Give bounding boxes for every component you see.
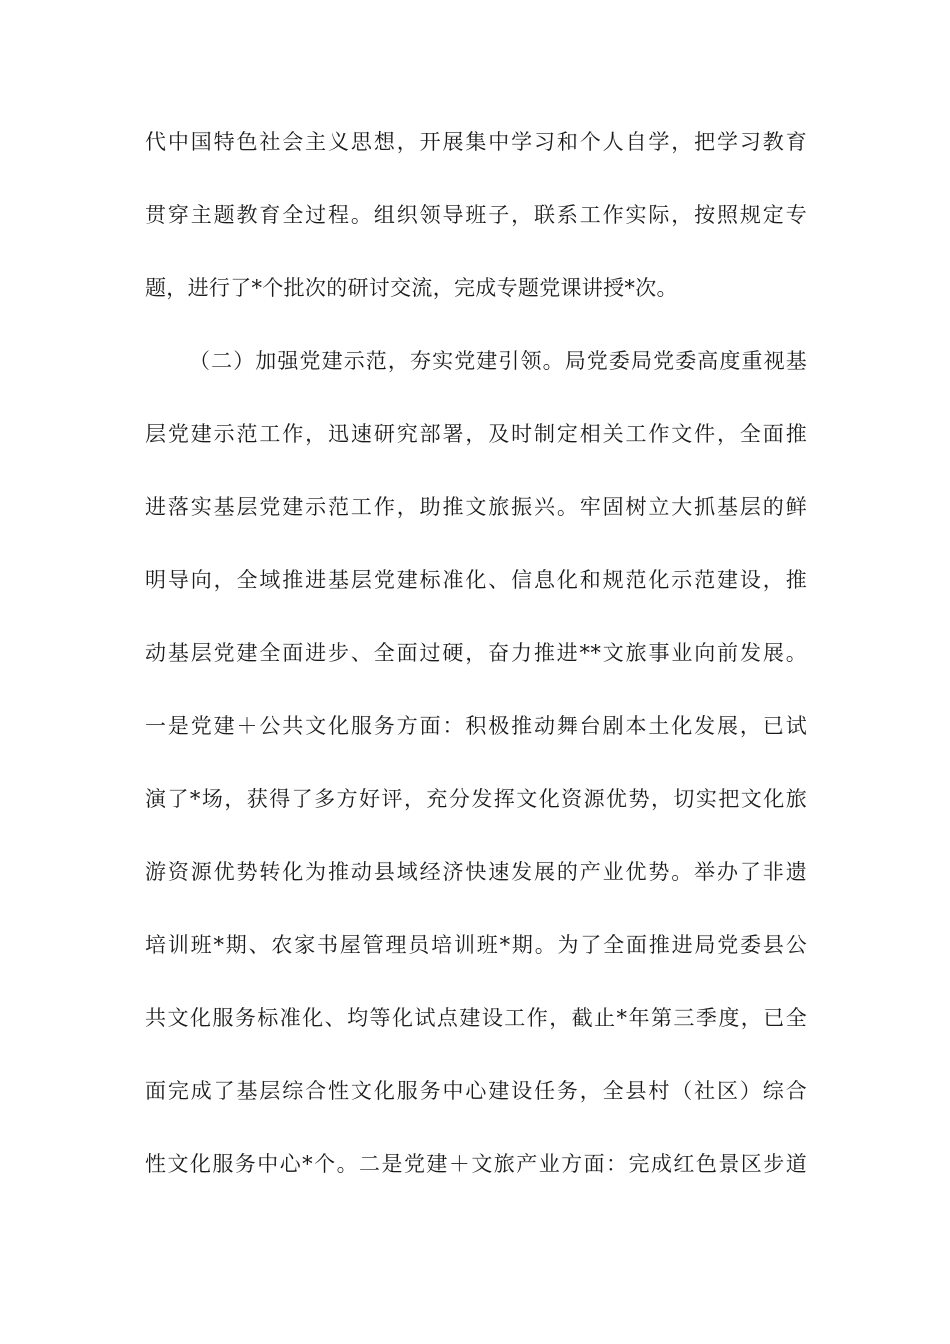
text-line: 面完成了基层综合性文化服务中心建设任务，全县村（社区）综合 — [145, 1077, 807, 1105]
text-line: 题，进行了*个批次的研讨交流，完成专题党课讲授*次。 — [145, 274, 807, 302]
text-line: 共文化服务标准化、均等化试点建设工作，截止*年第三季度，已全 — [145, 1004, 807, 1032]
text-line: 代中国特色社会主义思想，开展集中学习和个人自学，把学习教育 — [145, 128, 807, 156]
text-line: 一是党建＋公共文化服务方面：积极推动舞台剧本土化发展，已试 — [145, 712, 807, 740]
section-heading-line: （二）加强党建示范，夯实党建引领。局党委局党委高度重视基 — [189, 347, 807, 375]
text-line: 性文化服务中心*个。二是党建＋文旅产业方面：完成红色景区步道 — [145, 1150, 807, 1178]
text-line: 演了*场，获得了多方好评，充分发挥文化资源优势，切实把文化旅 — [145, 785, 807, 813]
document-page: 代中国特色社会主义思想，开展集中学习和个人自学，把学习教育 贯穿主题教育全过程。… — [0, 0, 950, 1344]
text-line: 进落实基层党建示范工作，助推文旅振兴。牢固树立大抓基层的鲜 — [145, 493, 807, 521]
text-line: 培训班*期、农家书屋管理员培训班*期。为了全面推进局党委县公 — [145, 931, 807, 959]
text-line: 层党建示范工作，迅速研究部署，及时制定相关工作文件，全面推 — [145, 420, 807, 448]
text-line: 明导向，全域推进基层党建标准化、信息化和规范化示范建设，推 — [145, 566, 807, 594]
text-line: 游资源优势转化为推动县域经济快速发展的产业优势。举办了非遗 — [145, 858, 807, 886]
text-line: 动基层党建全面进步、全面过硬，奋力推进**文旅事业向前发展。 — [145, 639, 807, 667]
text-line: 贯穿主题教育全过程。组织领导班子，联系工作实际，按照规定专 — [145, 201, 807, 229]
